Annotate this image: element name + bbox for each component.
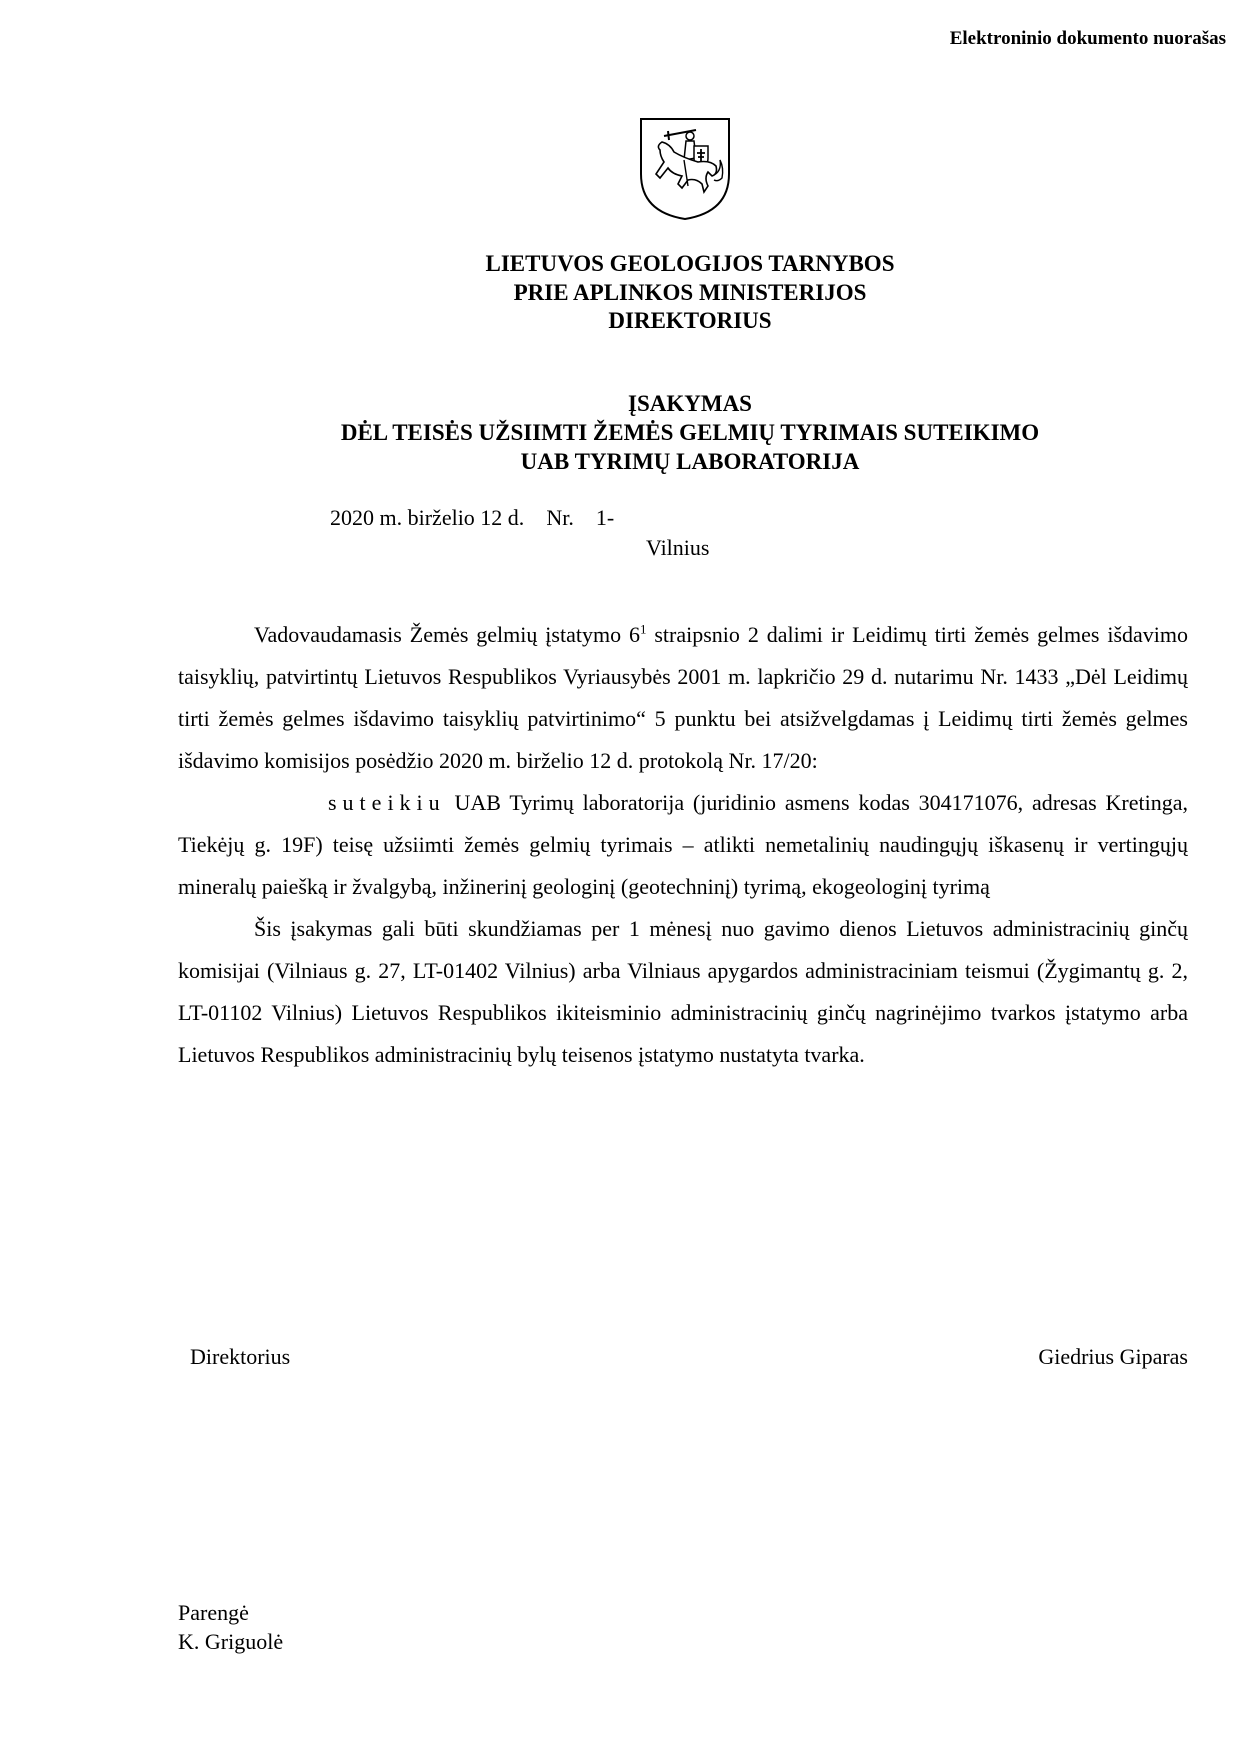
body-paragraph-basis: Vadovaudamasis Žemės gelmių įstatymo 61 …: [178, 614, 1188, 782]
prepared-by-name: K. Griguolė: [178, 1627, 283, 1656]
basis-text-start: Vadovaudamasis Žemės gelmių įstatymo 6: [254, 622, 640, 647]
body-paragraph-appeal: Šis įsakymas gali būti skundžiamas per 1…: [178, 908, 1188, 1076]
electronic-copy-note: Elektroninio dokumento nuorašas: [950, 28, 1226, 50]
order-number-label: Nr.: [546, 505, 574, 530]
order-heading: ĮSAKYMAS DĖL TEISĖS UŽSIIMTI ŽEMĖS GELMI…: [0, 389, 1240, 476]
coat-of-arms-icon: [638, 116, 732, 222]
institution-line-2: PRIE APLINKOS MINISTERIJOS: [0, 279, 1240, 308]
prepared-by: Parengė K. Griguolė: [178, 1598, 283, 1656]
institution-heading: LIETUVOS GEOLOGIJOS TARNYBOS PRIE APLINK…: [0, 250, 1240, 336]
body-paragraph-grant: suteikiu UAB Tyrimų laboratorija (juridi…: [178, 782, 1188, 908]
order-number: 1-: [596, 505, 614, 530]
order-date: 2020 m. birželio 12 d.: [330, 505, 524, 530]
order-subject-line-1: DĖL TEISĖS UŽSIIMTI ŽEMĖS GELMIŲ TYRIMAI…: [0, 418, 1240, 447]
order-subject-line-2: UAB TYRIMŲ LABORATORIJA: [0, 447, 1240, 476]
institution-line-3: DIREKTORIUS: [0, 307, 1240, 336]
order-place: Vilnius: [646, 535, 709, 561]
order-type: ĮSAKYMAS: [0, 389, 1240, 418]
institution-line-1: LIETUVOS GEOLOGIJOS TARNYBOS: [0, 250, 1240, 279]
signatory-title: Direktorius: [190, 1344, 290, 1370]
prepared-by-label: Parengė: [178, 1598, 283, 1627]
grant-verb: suteikiu: [328, 790, 446, 815]
order-date-number: 2020 m. birželio 12 d. Nr. 1-: [330, 505, 614, 531]
order-body: Vadovaudamasis Žemės gelmių įstatymo 61 …: [178, 614, 1188, 1076]
signatory-name: Giedrius Giparas: [1038, 1344, 1188, 1370]
